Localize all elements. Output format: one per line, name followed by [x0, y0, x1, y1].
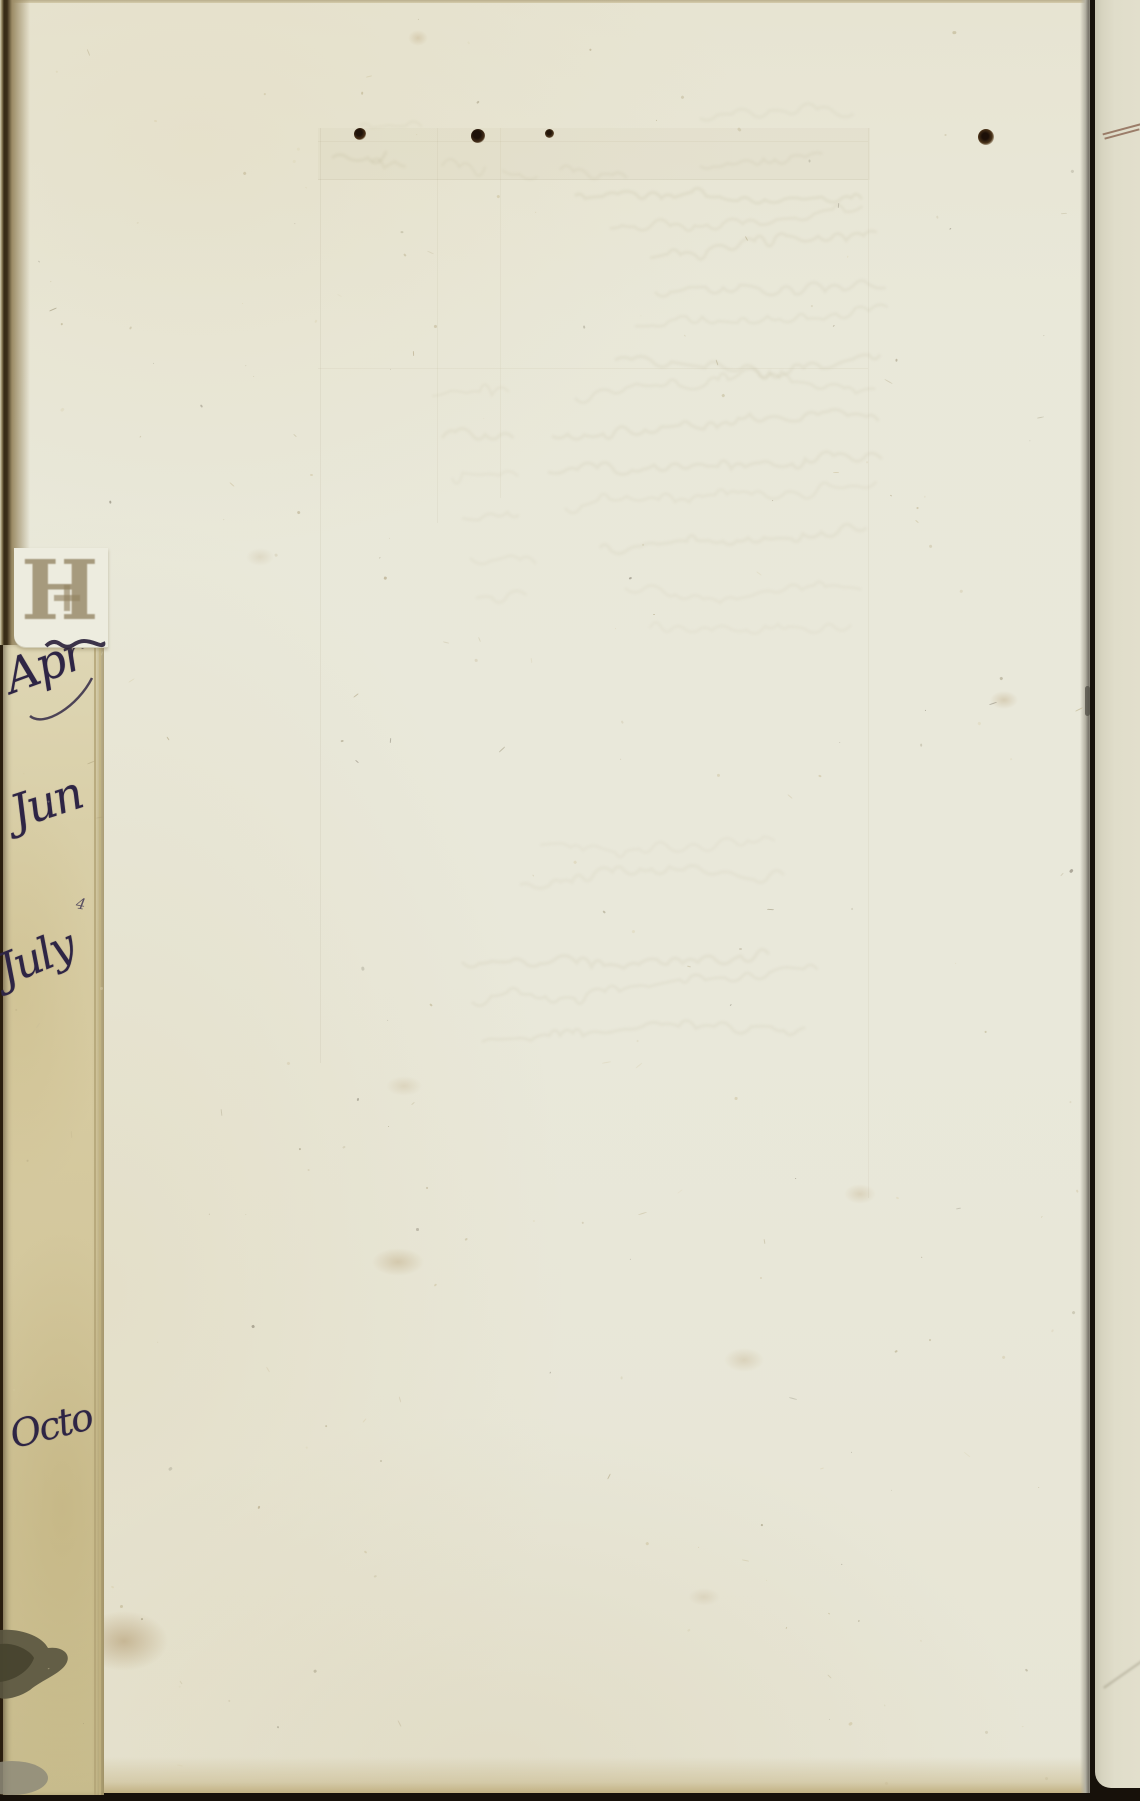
ledger-page: [0, 0, 1090, 1793]
foxing-stain: [246, 548, 274, 566]
ink-spot: [545, 129, 554, 138]
foxing-stain: [372, 1248, 424, 1276]
bleedthrough-column-line: [437, 128, 438, 523]
bleedthrough-table-header: [318, 128, 870, 180]
ink-spot: [354, 128, 366, 140]
bleedthrough-column-line: [320, 128, 321, 1063]
foxing-stain: [386, 1076, 422, 1096]
foxing-stain: [408, 30, 428, 46]
page-top-edge: [0, 0, 1090, 3]
foxing-stain: [724, 1348, 764, 1372]
torn-page-stub: Apr Jun July Octo 4: [0, 645, 104, 1795]
stamp-cross-icon: [64, 585, 70, 611]
page-right-edge: [1080, 0, 1090, 1793]
adjacent-page-crease: [1103, 1657, 1140, 1688]
h-stamp-letter: H: [21, 550, 98, 632]
h-stamp-label: H: [14, 548, 108, 648]
foxing-stain: [844, 1184, 876, 1204]
bleedthrough-row-line: [318, 141, 868, 142]
stub-bottom-stains: [0, 645, 104, 1795]
page-bottom-browning: [0, 1757, 1090, 1793]
scanned-ledger-spread: Apr Jun July Octo 4 H: [0, 0, 1140, 1801]
ink-spot: [978, 129, 994, 145]
foxing-stain: [990, 691, 1018, 709]
adjacent-page-edge: [1095, 0, 1140, 1788]
bleedthrough-column-line: [500, 128, 501, 498]
bleedthrough-column-line: [868, 128, 869, 1198]
foxing-stain: [688, 1588, 720, 1606]
bleedthrough-row-line: [318, 179, 868, 180]
page-edge-nick: [1085, 686, 1090, 716]
ink-spot: [471, 129, 485, 143]
bleedthrough-row-line: [318, 368, 868, 369]
